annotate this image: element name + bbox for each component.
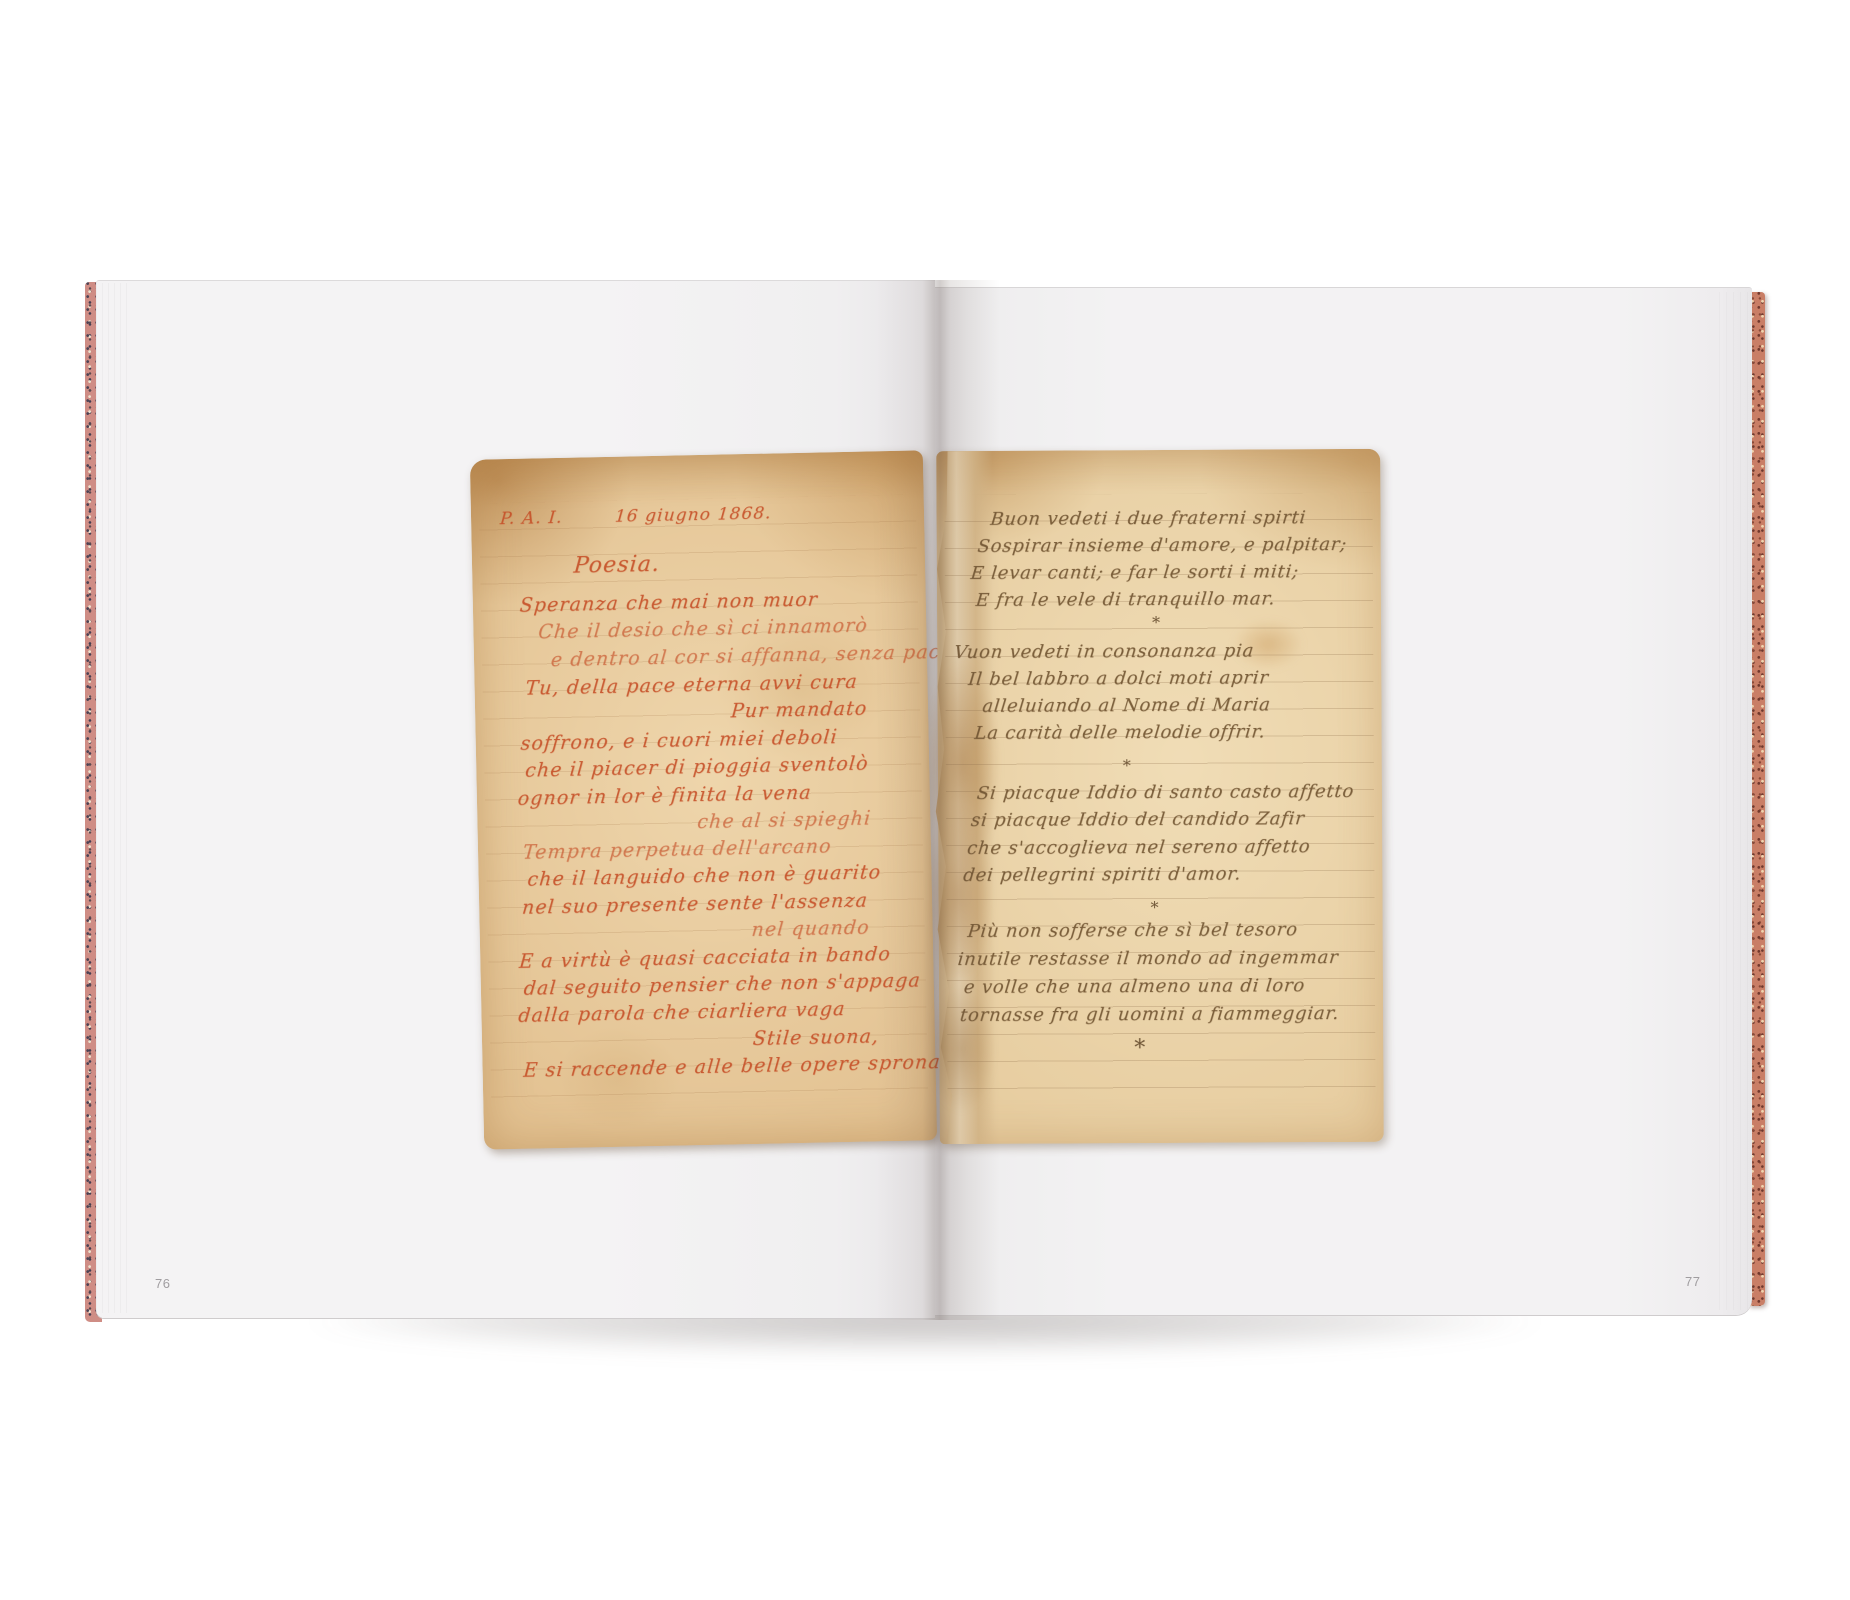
manuscript-line: dei pellegrini spiriti d'amor.	[962, 864, 1242, 886]
manuscript-line: e volle che una almeno una di loro	[963, 975, 1306, 998]
manuscript-line: nel suo presente sente l'assenza	[521, 890, 869, 919]
right-manuscript-leaf: Buon vedeti i due fraterni spirti Sospir…	[936, 449, 1384, 1144]
left-manuscript-leaf: P. A. I. 16 giugno 1868. Poesia. Speranz…	[470, 450, 937, 1149]
manuscript-line: alleluiando al Nome di Maria	[981, 694, 1271, 717]
manuscript-line: Che il desio che sì ci innamorò	[537, 614, 868, 643]
stanza-separator: *	[1152, 613, 1160, 632]
manuscript-line: e dentro al cor si affanna, senza pace	[550, 641, 954, 671]
manuscript-line: tornasse fra gli uomini a fiammeggiar.	[959, 1003, 1340, 1026]
manuscript-line: E fra le vele di tranquillo mar.	[975, 588, 1277, 611]
manuscript-line: dalla parola che ciarliera vaga	[517, 998, 846, 1027]
left-page-stack-edges	[96, 283, 130, 1313]
manuscript-line: Il bel labbro a dolci moti aprir	[967, 667, 1270, 690]
manuscript-line: che il languido che non è guarito	[527, 861, 883, 890]
manuscript-line: Si piacque Iddio di santo casto affetto	[976, 781, 1355, 804]
stanza-separator: *	[1134, 1036, 1145, 1061]
manuscript-line: E levar canti; e far le sorti i miti;	[970, 561, 1300, 584]
manuscript-line: Tempra perpetua dell'arcano	[522, 835, 833, 864]
manuscript-line: Tu, della pace eterna avvi cura	[525, 671, 859, 700]
manuscript-line: La carità delle melodie offrir.	[974, 721, 1267, 744]
manuscript-line: che il piacer di pioggia sventolò	[524, 753, 869, 782]
manuscript-line: inutile restasse il mondo ad ingemmar	[957, 947, 1340, 970]
manuscript-heading: P. A. I. 16 giugno 1868.	[499, 503, 772, 529]
stanza-separator: *	[1123, 756, 1131, 775]
left-page-number: 76	[155, 1276, 170, 1291]
manuscript-line: che al si spieghi	[696, 807, 872, 833]
right-page-number: 77	[1685, 1274, 1700, 1289]
manuscript-line: si piacque Iddio del candido Zafir	[970, 808, 1306, 831]
manuscript-line: Sospirar insieme d'amore, e palpitar;	[977, 534, 1349, 557]
manuscript-line: che s'accoglieva nel sereno affetto	[966, 836, 1311, 859]
manuscript-line: Pur mandato	[730, 698, 868, 723]
manuscript-line: E si raccende e alle belle opere sprona,	[523, 1051, 949, 1082]
stanza-separator: *	[1151, 898, 1159, 917]
right-page-stack-edges	[1719, 292, 1749, 1310]
manuscript-line: nel quando	[750, 917, 870, 942]
open-book: P. A. I. 16 giugno 1868. Poesia. Speranz…	[85, 280, 1765, 1323]
manuscript-line: soffrono, e i cuori miei deboli	[520, 726, 839, 755]
manuscript-line: Buon vedeti i due fraterni spirti	[989, 507, 1307, 530]
manuscript-line: Speranza che mai non muor	[519, 589, 819, 617]
manuscript-line: dal seguito pensier che non s'appaga	[523, 969, 922, 999]
manuscript-title: Poesia.	[573, 552, 661, 579]
manuscript-line: Vuon vedeti in consonanza pia	[953, 640, 1255, 663]
book-photo: P. A. I. 16 giugno 1868. Poesia. Speranz…	[0, 0, 1850, 1600]
manuscript-line: Più non sofferse che sì bel tesoro	[967, 919, 1299, 942]
manuscript-line: E a virtù è quasi cacciata in bando	[518, 943, 892, 973]
manuscript-line: Stile suona,	[752, 1025, 880, 1050]
manuscript-line: ognor in lor è finita la vena	[517, 782, 813, 810]
